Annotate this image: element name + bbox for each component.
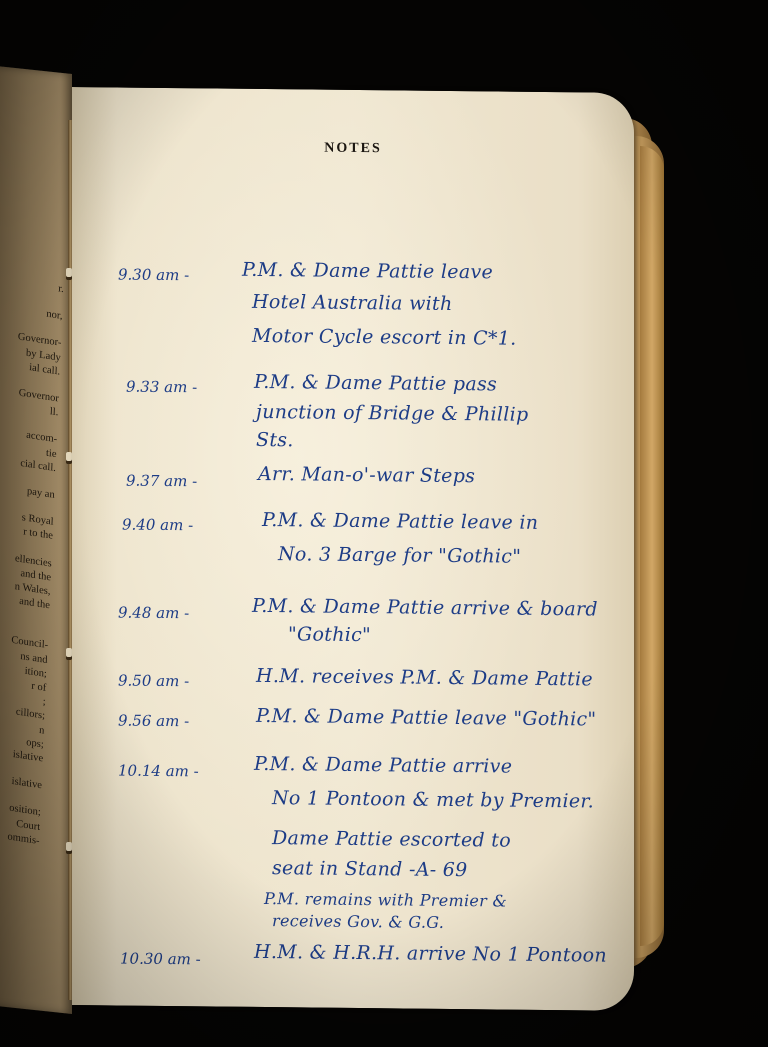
left-page: r.nor,Governor-by Ladyial call.Governorl… — [0, 66, 72, 1014]
entry-line: P.M. & Dame Pattie leave "Gothic" — [256, 705, 596, 731]
log-entry: 9.37 am - Arr. Man-o'-war Steps — [72, 87, 634, 93]
entry-line: P.M. & Dame Pattie leave — [242, 259, 493, 284]
entry-line: Arr. Man-o'-war Steps — [258, 463, 475, 487]
entry-line: P.M. & Dame Pattie arrive & board — [252, 595, 598, 621]
entry-time: 10.14 am - — [118, 761, 199, 780]
entry-time: 9.56 am - — [118, 711, 189, 730]
entry-line: Hotel Australia with — [252, 291, 453, 315]
log-entry: 9.56 am - P.M. & Dame Pattie leave "Goth… — [72, 87, 634, 93]
entry-line: No 1 Pontoon & met by Premier. — [272, 787, 594, 812]
handwritten-entries: 9.30 am - P.M. & Dame Pattie leave Hotel… — [72, 87, 634, 1011]
entry-line: P.M. & Dame Pattie arrive — [254, 753, 512, 778]
entry-line: H.M. receives P.M. & Dame Pattie — [256, 665, 593, 691]
entry-line: seat in Stand -A- 69 — [272, 857, 468, 881]
left-page-printed-text: r.nor,Governor-by Ladyial call.Governorl… — [0, 270, 64, 849]
entry-time: 10.30 am - — [120, 950, 201, 969]
entry-line: "Gothic" — [288, 623, 371, 646]
entry-line: Sts. — [256, 429, 294, 451]
log-entry: 9.33 am - P.M. & Dame Pattie pass juncti… — [72, 87, 634, 93]
entry-line: P.M. & Dame Pattie leave in — [262, 509, 538, 534]
entry-line: receives Gov. & G.G. — [272, 911, 444, 932]
notes-page: NOTES 9.30 am - P.M. & Dame Pattie leave… — [72, 87, 634, 1011]
entry-line: P.M. & Dame Pattie pass — [254, 371, 497, 396]
entry-time: 9.48 am - — [118, 603, 189, 622]
log-entry: 9.48 am - P.M. & Dame Pattie arrive & bo… — [72, 87, 634, 93]
log-entry: 10.14 am - P.M. & Dame Pattie arrive No … — [72, 87, 634, 93]
entry-line: Motor Cycle escort in C*1. — [252, 325, 517, 350]
entry-time: 9.37 am - — [126, 472, 197, 491]
entry-time: 9.30 am - — [118, 265, 189, 284]
log-entry: 9.30 am - P.M. & Dame Pattie leave Hotel… — [72, 87, 634, 93]
entry-line: H.M. & H.R.H. arrive No 1 Pontoon — [254, 941, 607, 967]
entry-line: No. 3 Barge for "Gothic" — [278, 543, 521, 568]
photo-scene: r.nor,Governor-by Ladyial call.Governorl… — [0, 0, 768, 1047]
entry-time: 9.50 am - — [118, 671, 189, 690]
entry-line: P.M. remains with Premier & — [264, 889, 507, 911]
entry-time: 9.33 am - — [126, 378, 197, 397]
log-entry: 10.30 am - H.M. & H.R.H. arrive No 1 Pon… — [72, 87, 634, 93]
entry-time: 9.40 am - — [122, 516, 193, 535]
entry-line: junction of Bridge & Phillip — [256, 401, 529, 426]
log-entry: 9.50 am - H.M. receives P.M. & Dame Patt… — [72, 87, 634, 93]
entry-line: Dame Pattie escorted to — [272, 827, 511, 852]
log-entry: 9.40 am - P.M. & Dame Pattie leave in No… — [72, 87, 634, 93]
page-edge — [640, 146, 664, 946]
